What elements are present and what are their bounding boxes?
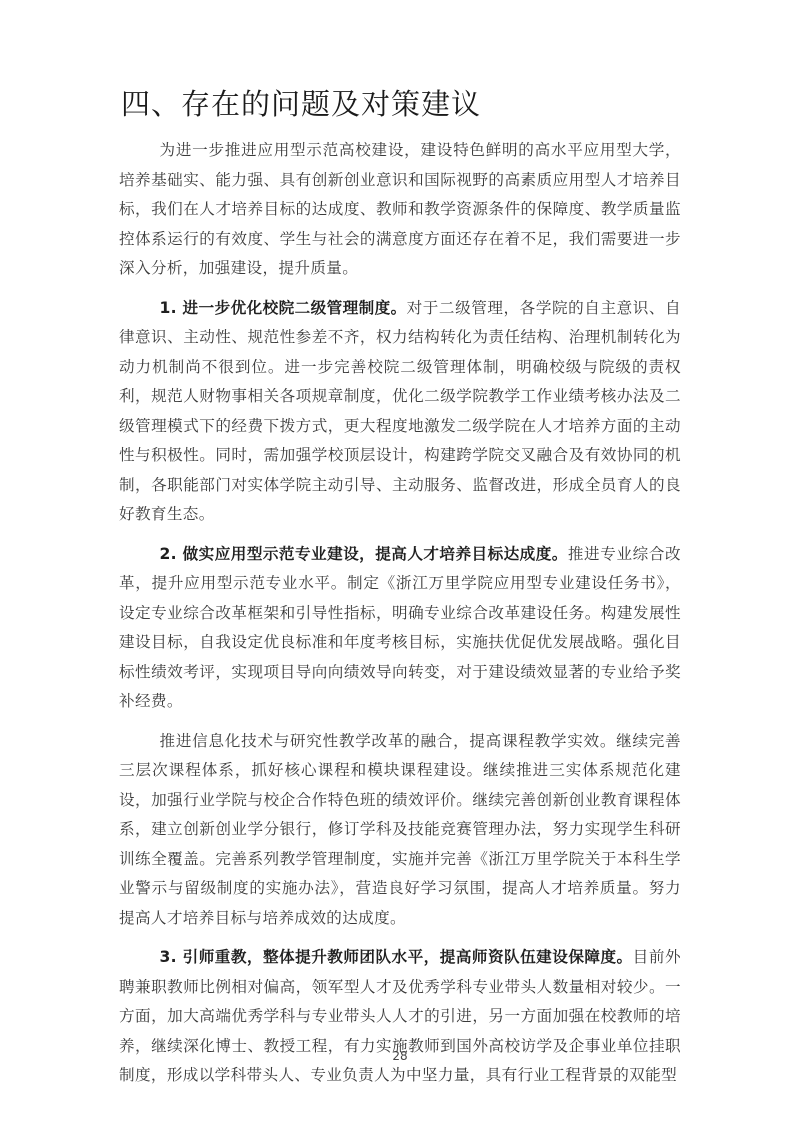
paragraph-text: 推进信息化技术与研究性教学改革的融合，提高课程教学实效。继续完善三层次课程体系，…	[119, 732, 681, 927]
paragraph-text: 对于二级管理，各学院的自主意识、自律意识、主动性、规范性参差不齐，权力结构转化为…	[119, 299, 681, 524]
paragraph-item-1: 1. 进一步优化校院二级管理制度。对于二级管理，各学院的自主意识、自律意识、主动…	[119, 294, 681, 530]
document-page: 四、存在的问题及对策建议 为进一步推进应用型示范高校建设，建设特色鲜明的高水平应…	[119, 84, 681, 1101]
page-number: 28	[0, 1049, 800, 1063]
paragraph-text: 推进专业综合改革，提升应用型示范专业水平。制定《浙江万里学院应用型专业建设任务书…	[119, 545, 681, 711]
paragraph-course-reform: 推进信息化技术与研究性教学改革的融合，提高课程教学实效。继续完善三层次课程体系，…	[119, 727, 681, 934]
paragraph-text: 目前外聘兼职教师比例相对偏高，领军型人才及优秀学科专业带头人数量相对较少。一方面…	[119, 948, 681, 1084]
paragraph-intro: 为进一步推进应用型示范高校建设，建设特色鲜明的高水平应用型大学，培养基础实、能力…	[119, 136, 681, 284]
paragraph-item-2: 2. 做实应用型示范专业建设，提高人才培养目标达成度。推进专业综合改革，提升应用…	[119, 540, 681, 717]
paragraph-lead-heading: 1. 进一步优化校院二级管理制度。	[160, 299, 407, 317]
paragraph-text: 为进一步推进应用型示范高校建设，建设特色鲜明的高水平应用型大学，培养基础实、能力…	[119, 141, 681, 277]
section-title: 四、存在的问题及对策建议	[121, 84, 681, 124]
paragraph-lead-heading: 2. 做实应用型示范专业建设，提高人才培养目标达成度。	[160, 545, 568, 563]
paragraph-item-3: 3. 引师重教，整体提升教师团队水平，提高师资队伍建设保障度。目前外聘兼职教师比…	[119, 943, 681, 1091]
paragraph-lead-heading: 3. 引师重教，整体提升教师团队水平，提高师资队伍建设保障度。	[160, 948, 633, 966]
